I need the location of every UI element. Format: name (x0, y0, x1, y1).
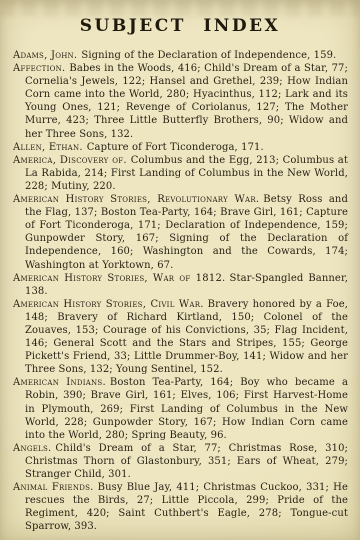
index-entry: Angels.Child's Dream of a Star, 77; Chri… (13, 442, 348, 481)
index-entry: American History Stories, Civil War.Brav… (13, 298, 348, 377)
entry-headword: American History Stories, Civil War. (13, 299, 204, 310)
entry-references: Capture of Fort Ticonderoga, 171. (87, 142, 264, 153)
entry-references: Babes in the Woods, 416; Child's Dream o… (25, 63, 348, 139)
entry-headword: Allen, Ethan. (13, 142, 83, 153)
entry-references: Betsy Ross and the Flag, 137; Boston Tea… (25, 194, 348, 270)
index-entry: American Indians.Boston Tea-Party, 164; … (13, 376, 348, 441)
index-entry: America, Discovery of.Columbus and the E… (13, 154, 348, 193)
index-entry: American History Stories, War of 1812.St… (13, 272, 348, 298)
index-entry: Affection.Babes in the Woods, 416; Child… (13, 62, 348, 141)
entry-headword: Animal Friends. (13, 482, 94, 493)
entry-headword: Affection. (13, 63, 65, 74)
book-page: SUBJECT INDEX Adams, John.Signing of the… (0, 0, 360, 540)
entry-headword: American History Stories, Revolutionary … (13, 194, 259, 205)
entry-headword: American Indians. (13, 377, 106, 388)
entry-references: Bravery honored by a Foe, 148; Bravery o… (25, 299, 348, 375)
page-title: SUBJECT INDEX (0, 0, 360, 36)
entry-headword: America, Discovery of. (13, 155, 127, 166)
index-entry: Allen, Ethan.Capture of Fort Ticonderoga… (13, 141, 348, 154)
entry-references: Signing of the Declaration of Independen… (81, 50, 336, 61)
index-entry: Adams, John.Signing of the Declaration o… (13, 49, 348, 62)
entry-headword: Angels. (13, 443, 51, 454)
index-entries: Adams, John.Signing of the Declaration o… (13, 49, 348, 533)
index-entry: Animal Friends.Busy Blue Jay, 411; Chris… (13, 481, 348, 533)
entry-references: Child's Dream of a Star, 77; Christmas R… (25, 443, 348, 480)
entry-headword: Adams, John. (13, 50, 77, 61)
index-entry: American History Stories, Revolutionary … (13, 193, 348, 272)
entry-headword: American History Stories, War of 1812. (13, 273, 226, 284)
